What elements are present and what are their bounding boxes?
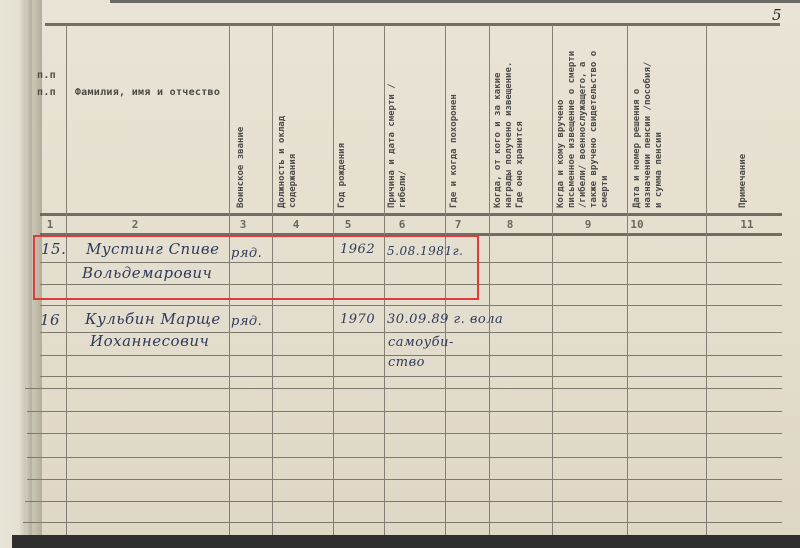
header-col4-label: Должность и оклад содержания	[277, 60, 303, 208]
row-rule	[40, 376, 782, 377]
page-number: 5	[772, 6, 782, 24]
table-top-rule	[45, 23, 780, 26]
row-rule	[27, 433, 782, 434]
colnum-8: 8	[507, 218, 514, 231]
row-rule	[27, 411, 782, 412]
row-rule	[25, 501, 782, 502]
colnum-4: 4	[293, 218, 300, 231]
col-rule	[552, 25, 553, 535]
header-col5-label: Год рождения	[337, 100, 348, 208]
header-col2-label: Фамилия, имя и отчество	[70, 87, 225, 98]
header-col1-label-top: п.п	[37, 70, 56, 81]
row-rule	[27, 479, 782, 480]
archive-document-page: 5 п.п п.п Фамилия, имя и отчество Воинск…	[0, 0, 800, 548]
page-bottom-edge	[12, 535, 800, 548]
col-rule	[627, 25, 628, 535]
colnum-2: 2	[132, 218, 139, 231]
binding-shadow	[26, 0, 32, 548]
header-col8-label: Когда, от кого и за какие награды получе…	[493, 45, 545, 208]
col-rule	[489, 25, 490, 535]
death-cause-line3: ство	[388, 355, 425, 370]
name-line1: Кульбин Марще	[85, 310, 221, 328]
row-rule	[27, 457, 782, 458]
row-rule	[23, 522, 782, 523]
name-line2: Иоханнесович	[90, 332, 209, 350]
death-cause-line2: самоуби-	[388, 335, 454, 350]
colnum-9: 9	[585, 218, 592, 231]
header-col7-label: Где и когда похоронен	[449, 55, 460, 208]
highlight-box	[33, 235, 479, 300]
header-col1-label: п.п	[37, 87, 56, 98]
header-col11-label: Примечание	[738, 125, 749, 208]
row-rule	[25, 388, 782, 389]
colnum-7: 7	[455, 218, 462, 231]
colnum-10: 10	[630, 218, 643, 231]
header-bottom-rule	[40, 213, 782, 216]
rank: ряд.	[231, 314, 262, 329]
colnum-6: 6	[399, 218, 406, 231]
colnum-1: 1	[47, 218, 54, 231]
birth-year: 1970	[340, 312, 375, 327]
colnum-11: 11	[740, 218, 753, 231]
row-rule	[40, 305, 782, 306]
col-rule	[706, 25, 707, 535]
page-top-edge	[110, 0, 800, 3]
header-col3-label: Воинское звание	[236, 90, 247, 208]
header-col9-label: Когда и кому вручено письменное извещени…	[556, 45, 622, 208]
row-number: 16	[40, 311, 60, 329]
colnum-5: 5	[345, 218, 352, 231]
header-col10-label: Дата и номер решения о назначении пенсии…	[632, 55, 684, 208]
header-col6-label: Причина и дата смерти /гибели/	[387, 55, 413, 208]
death-cause: 30.09.89 г. вола	[387, 312, 503, 327]
colnum-3: 3	[240, 218, 247, 231]
